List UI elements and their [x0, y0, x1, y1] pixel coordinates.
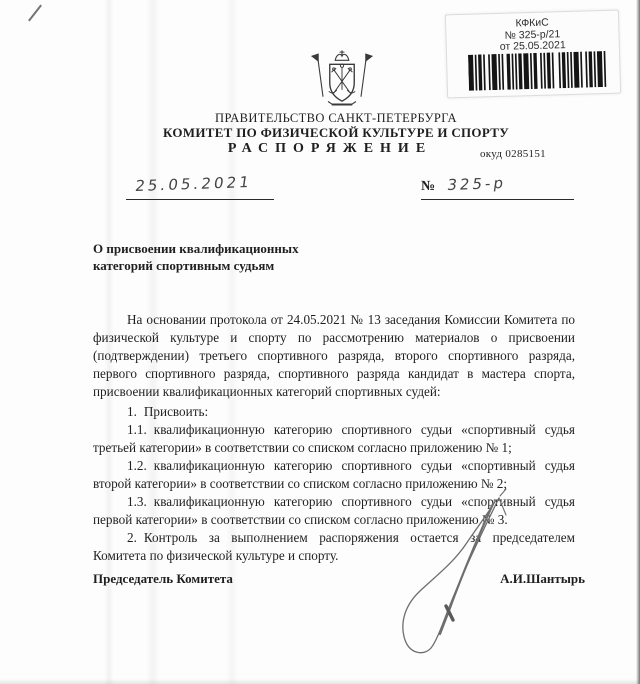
subject-line-2: категорий спортивным судьям	[93, 257, 299, 274]
order-item: 1.Присвоить:	[93, 403, 575, 421]
date-underline	[126, 199, 274, 200]
item-text: квалификационную категорию спортивного с…	[93, 458, 575, 491]
item-number: 1.2.	[127, 458, 154, 473]
item-number: 1.1.	[127, 422, 154, 437]
item-text: Присвоить:	[144, 404, 208, 419]
signer-name: А.И.Шантырь	[500, 571, 585, 587]
committee-name: КОМИТЕТ ПО ФИЗИЧЕСКОЙ КУЛЬТУРЕ И СПОРТУ	[0, 125, 640, 141]
scan-edge	[636, 0, 640, 684]
subject-line-1: О присвоении квалификационных	[93, 240, 299, 257]
pen-mark	[28, 5, 42, 22]
item-number: 1.	[127, 404, 144, 419]
scanned-document-page: КФКиС № 325-р/21 от 25.05.2021	[0, 0, 640, 684]
okud-code: окуд 0285151	[480, 148, 546, 160]
handwritten-number: 325-р	[446, 174, 507, 194]
item-text: квалификационную категорию спортивного с…	[93, 422, 575, 455]
document-subject: О присвоении квалификационных категорий …	[93, 240, 299, 274]
scan-edge	[0, 679, 640, 684]
handwritten-date: 25.05.2021	[134, 173, 253, 195]
barcode-icon	[468, 51, 608, 91]
signer-position: Председатель Комитета	[93, 571, 233, 587]
number-underline	[421, 199, 574, 200]
item-number: 2.	[127, 530, 144, 545]
intro-paragraph: На основании протокола от 24.05.2021 № 1…	[93, 311, 575, 401]
item-number: 1.3.	[127, 494, 154, 509]
order-item: 1.1.квалификационную категорию спортивно…	[93, 421, 575, 457]
government-line: ПРАВИТЕЛЬСТВО САНКТ-ПЕТЕРБУРГА	[0, 111, 640, 126]
coat-of-arms-icon	[308, 46, 376, 114]
registration-stamp-label: КФКиС № 325-р/21 от 25.05.2021	[445, 10, 621, 99]
number-sign: №	[421, 179, 435, 195]
handwritten-signature	[396, 488, 510, 663]
